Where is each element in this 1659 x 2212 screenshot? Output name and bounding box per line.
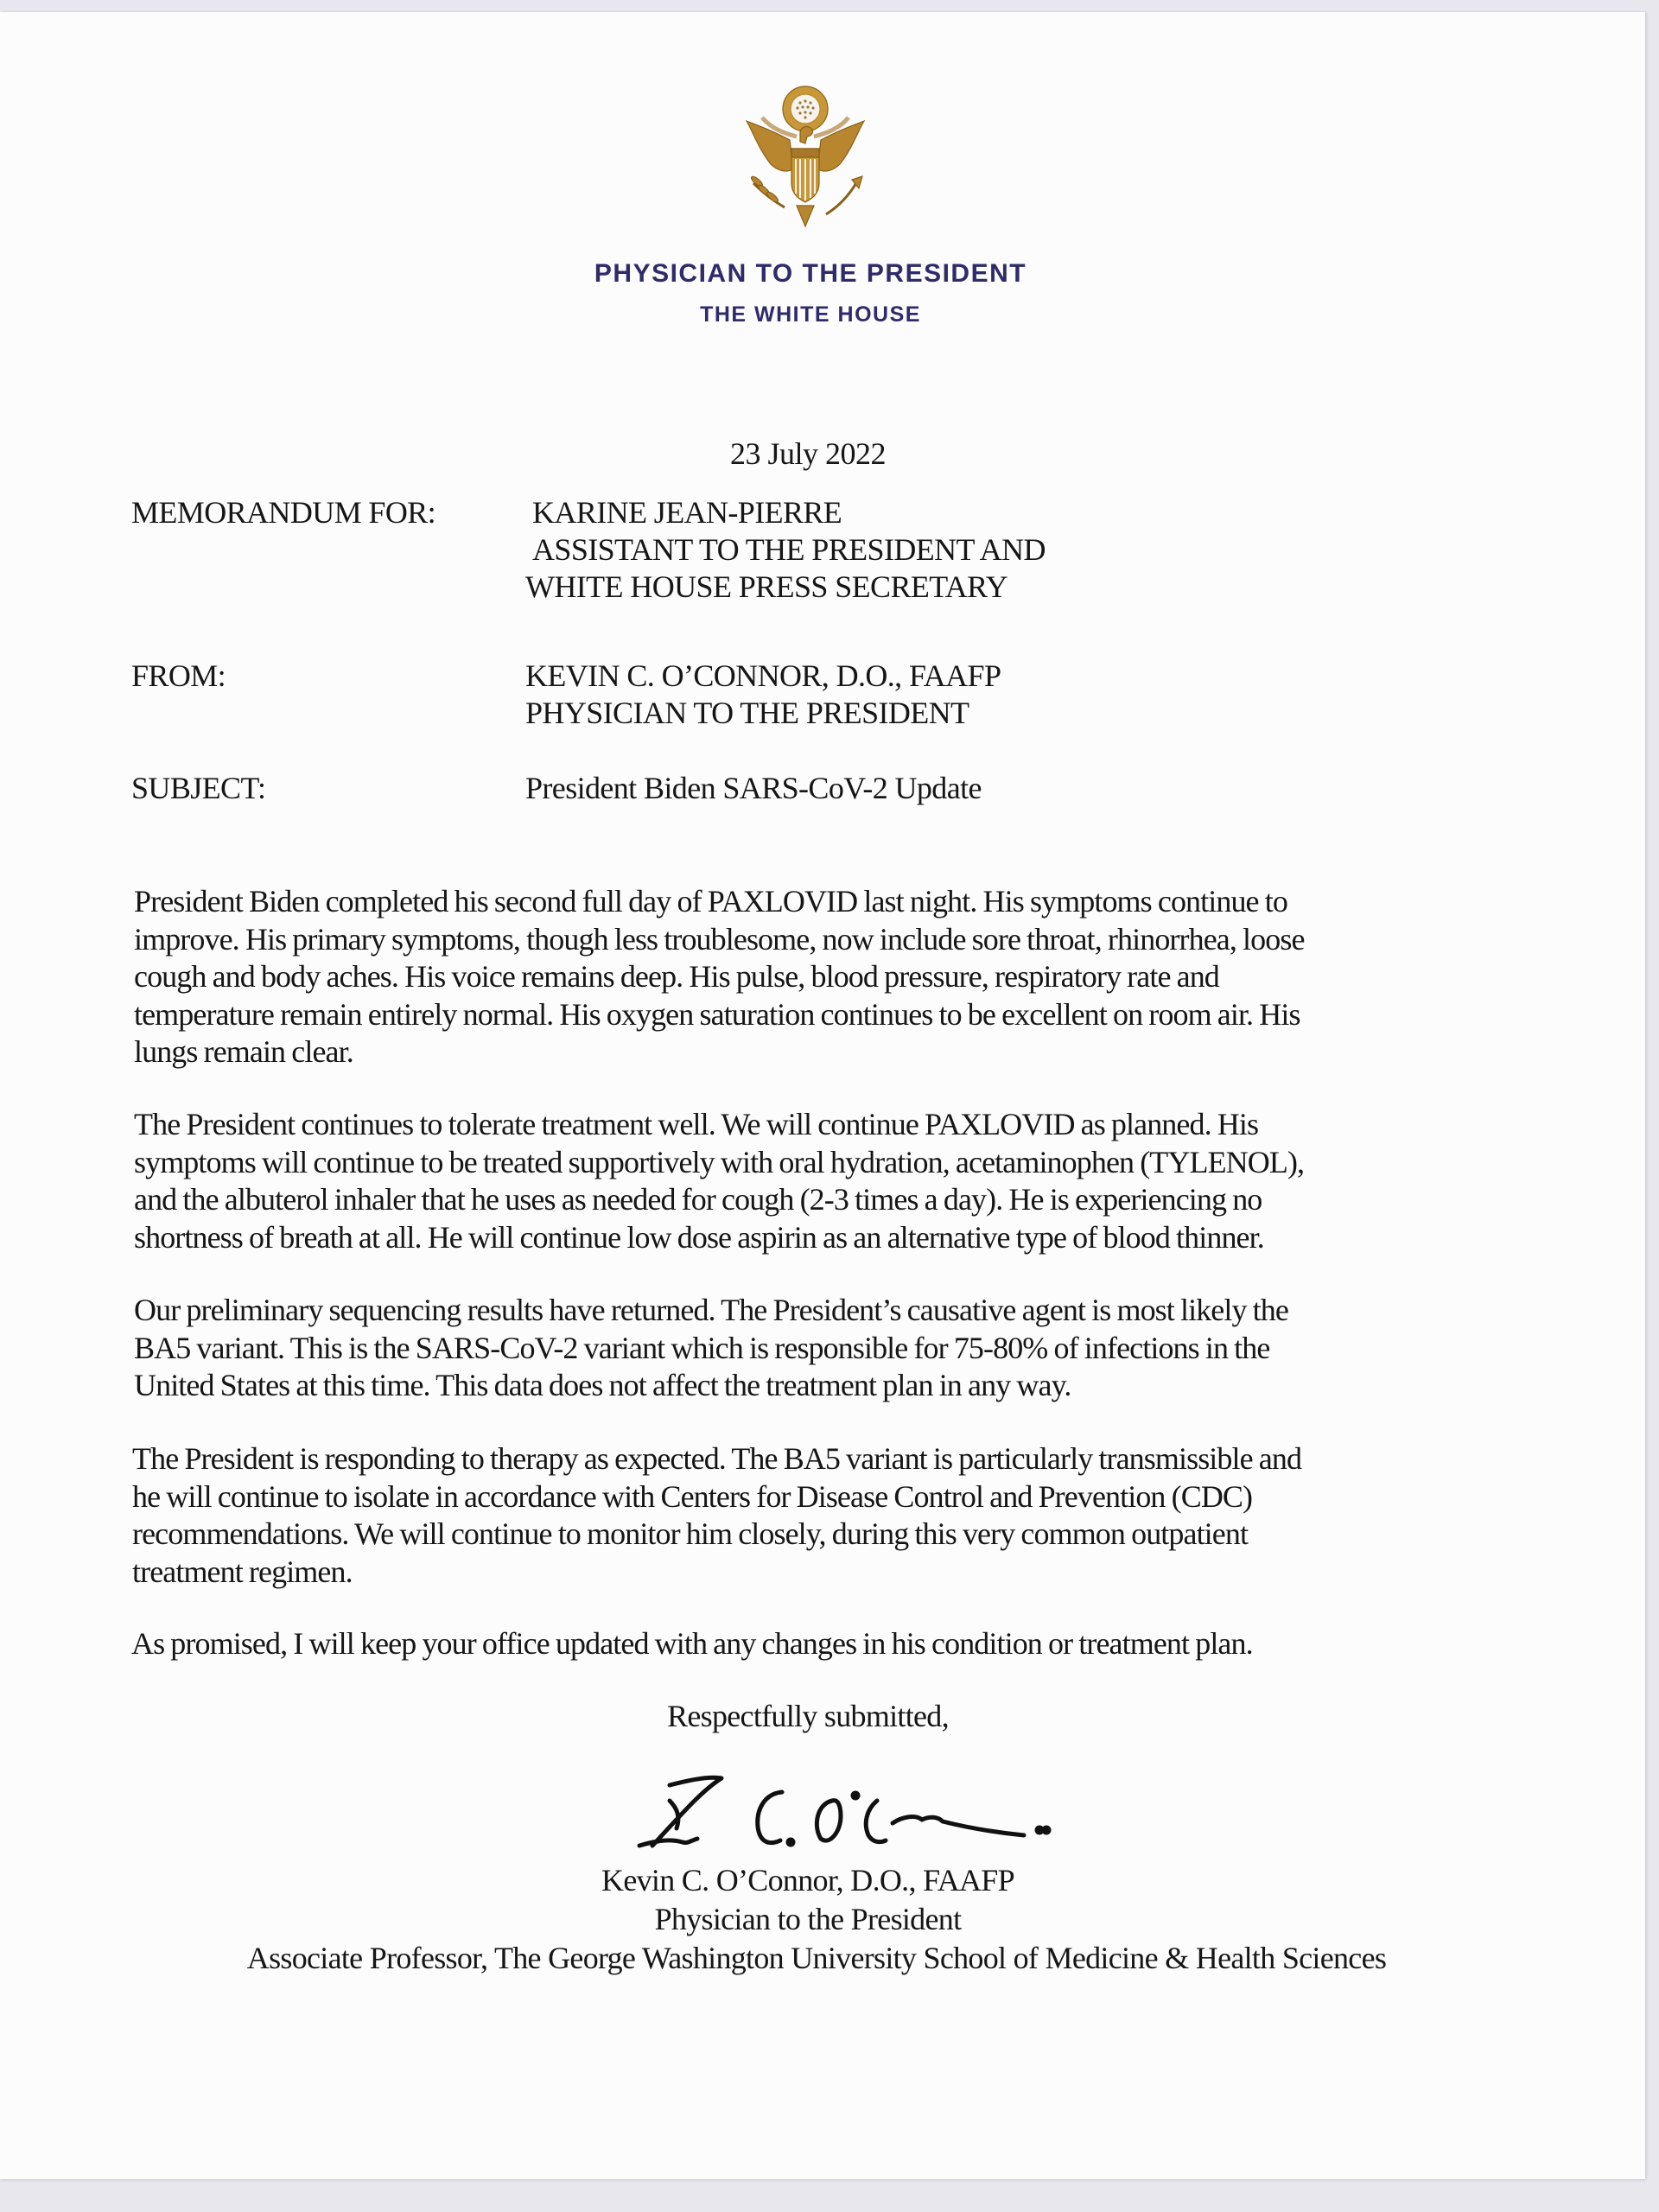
body-paragraph-5: As promised, I will keep your office upd… xyxy=(131,1625,1488,1663)
memo-date: 23 July 2022 xyxy=(0,435,1616,472)
body-paragraph-4: The President is responding to therapy a… xyxy=(132,1440,1489,1591)
memorandum-for-label: MEMORANDUM FOR: xyxy=(131,494,435,531)
closing-salutation: Respectfully submitted, xyxy=(0,1697,1616,1736)
from-label: FROM: xyxy=(131,658,226,695)
recipient-name: KARINE JEAN-PIERRE xyxy=(532,494,842,531)
letterhead-title: PHYSICIAN TO THE PRESIDENT xyxy=(0,259,1621,289)
letterhead-subtitle: THE WHITE HOUSE xyxy=(0,302,1621,327)
subject-text: President Biden SARS-CoV-2 Update xyxy=(525,770,982,807)
great-seal-eagle-icon xyxy=(736,79,874,235)
body-paragraph-1: President Biden completed his second ful… xyxy=(134,883,1491,1071)
body-paragraph-3: Our preliminary sequencing results have … xyxy=(134,1292,1491,1405)
signatory-name: Kevin C. O’Connor, D.O., FAAFP xyxy=(0,1861,1616,1900)
body-paragraph-2: The President continues to tolerate trea… xyxy=(134,1106,1491,1256)
signatory-title: Physician to the President xyxy=(0,1900,1616,1939)
signatory-affiliation: Associate Professor, The George Washingt… xyxy=(9,1939,1624,1978)
handwritten-signature-icon xyxy=(618,1766,1067,1861)
sender-title: PHYSICIAN TO THE PRESIDENT xyxy=(525,695,969,732)
subject-label: SUBJECT: xyxy=(131,770,265,807)
memo-page: PHYSICIAN TO THE PRESIDENT THE WHITE HOU… xyxy=(0,12,1645,2179)
recipient-title-line-1: ASSISTANT TO THE PRESIDENT AND xyxy=(532,531,1046,569)
sender-name: KEVIN C. O’CONNOR, D.O., FAAFP xyxy=(525,658,1001,695)
recipient-title-line-2: WHITE HOUSE PRESS SECRETARY xyxy=(525,569,1007,606)
